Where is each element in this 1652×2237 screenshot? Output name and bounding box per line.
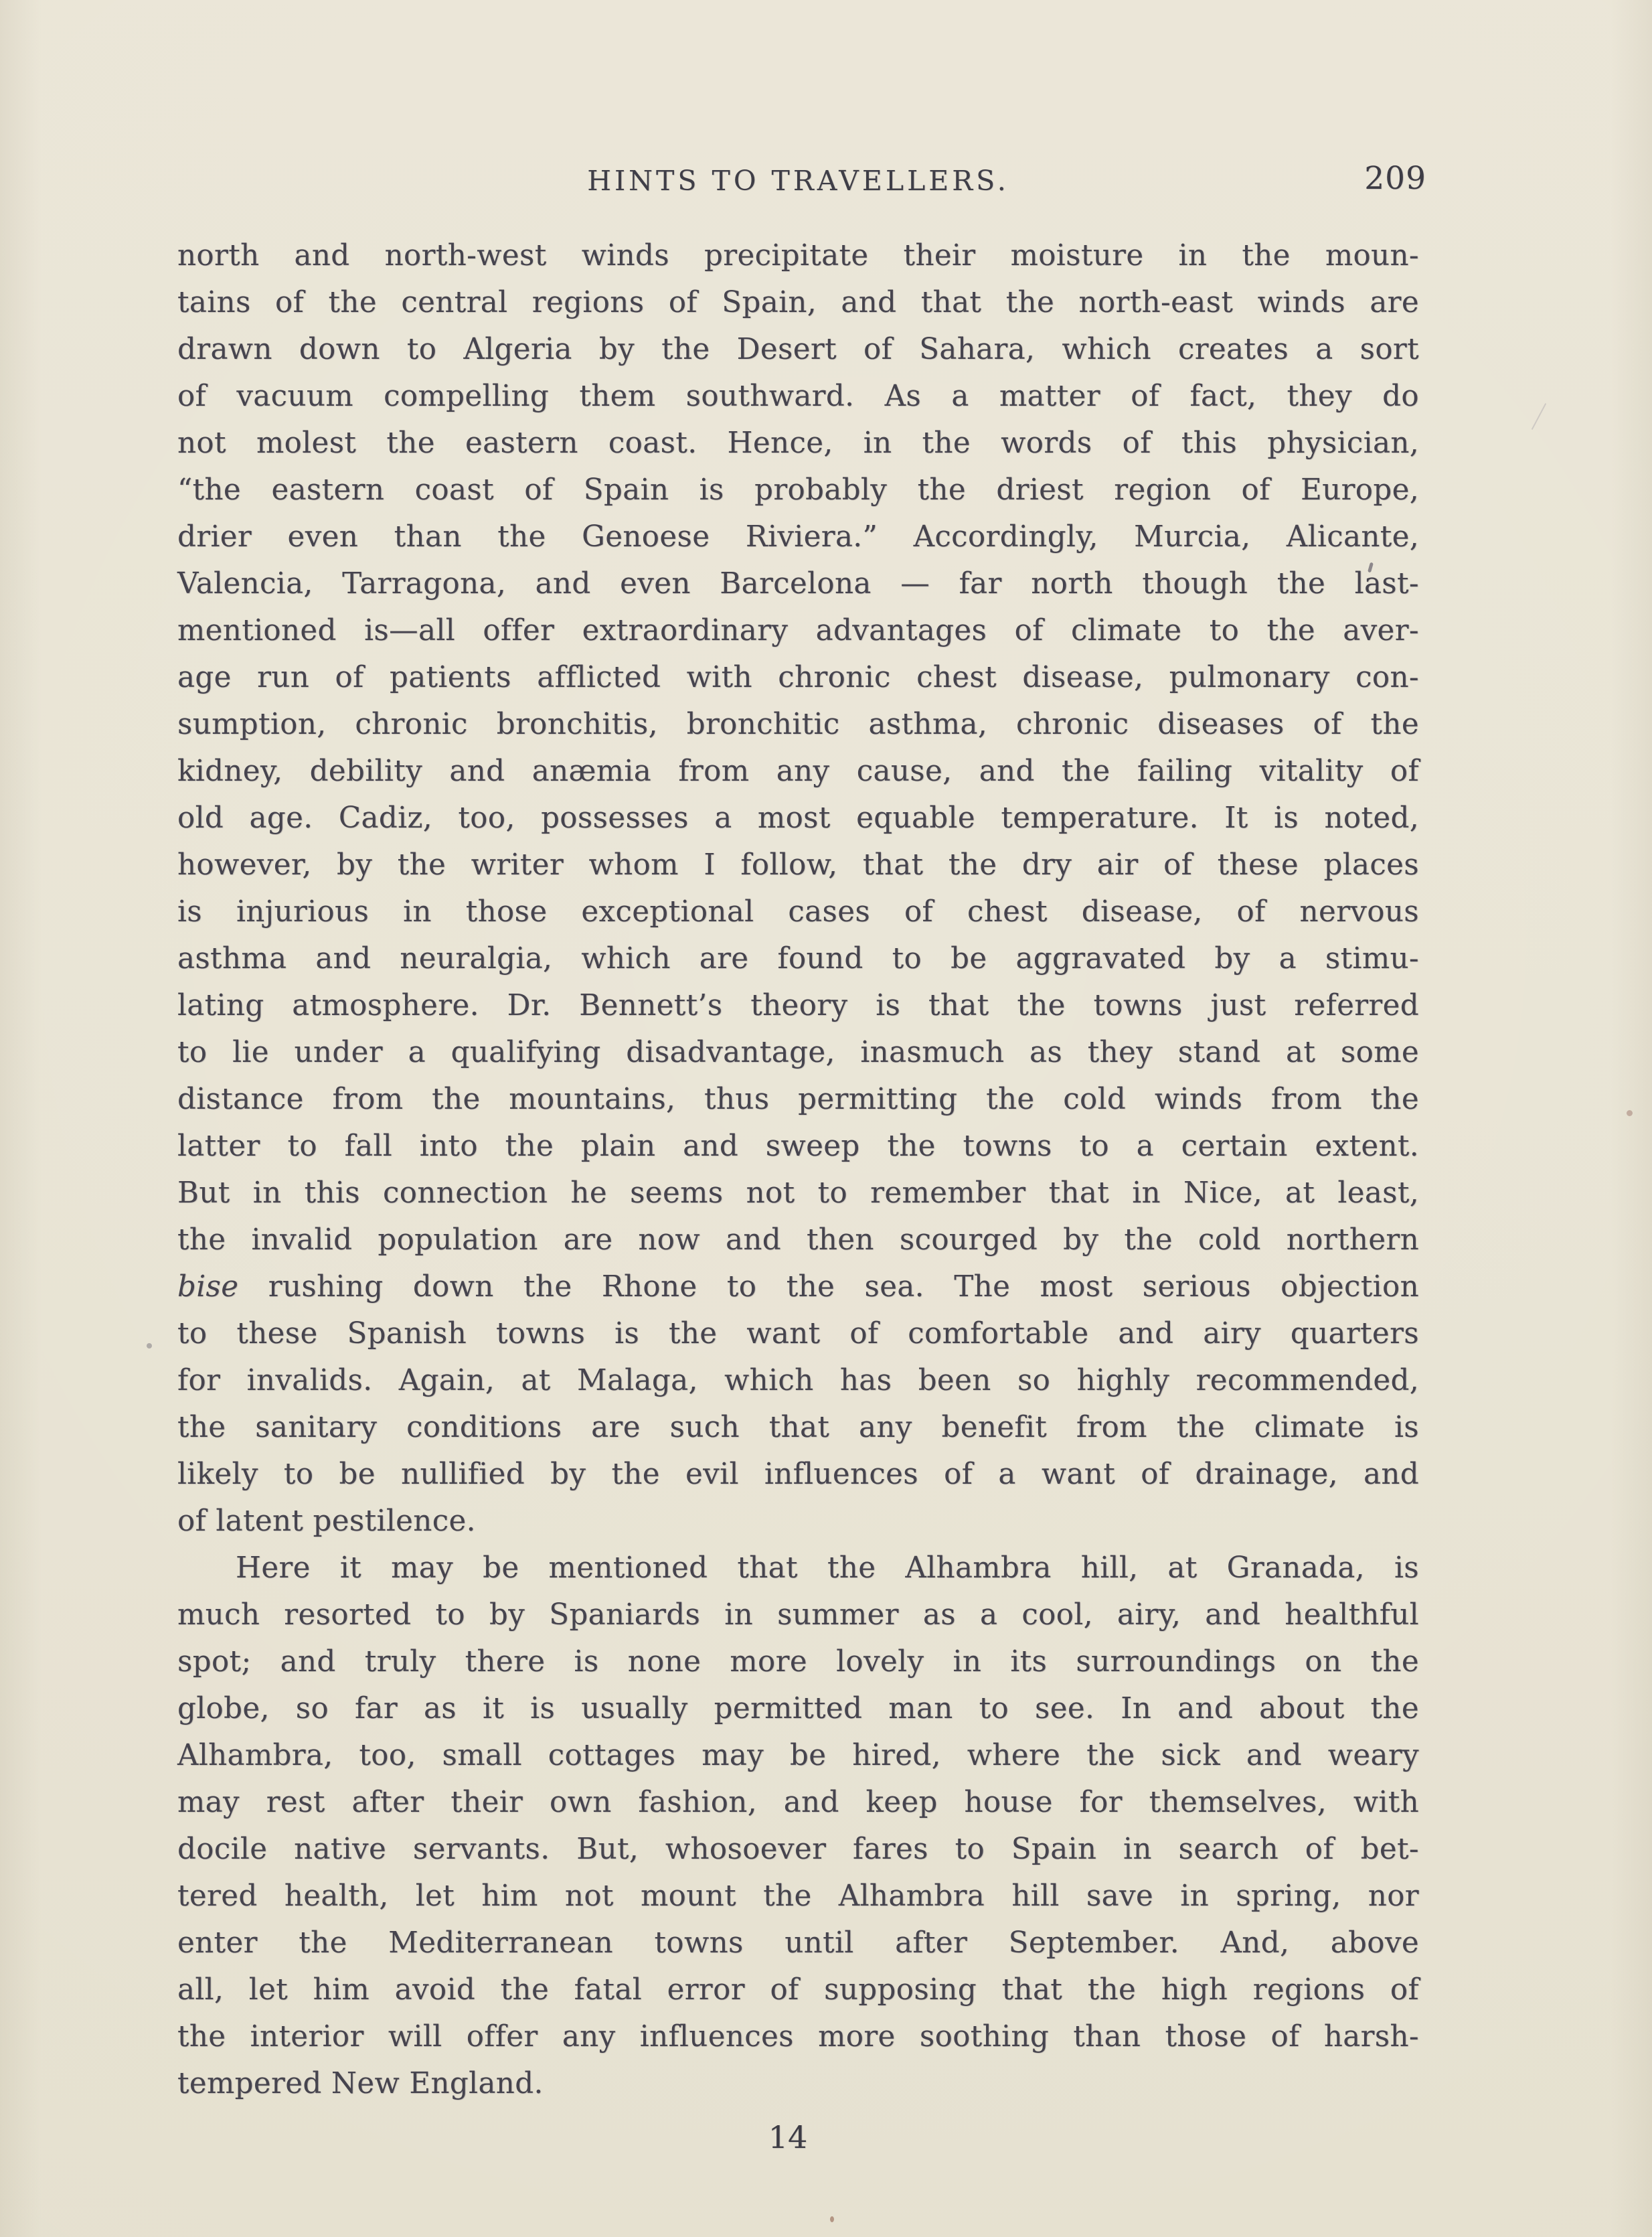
text-line: may rest after their own fashion, and ke… bbox=[177, 1779, 1419, 1826]
text-line: sumption, chronic bronchitis, bronchitic… bbox=[177, 701, 1419, 748]
text-line: Valencia, Tarragona, and even Barcelona … bbox=[177, 560, 1419, 607]
text-line: bise rushing down the Rhone to the sea. … bbox=[177, 1263, 1419, 1310]
text-line: But in this connection he seems not to r… bbox=[177, 1170, 1419, 1217]
text-line: of vacuum compelling them southward. As … bbox=[177, 373, 1419, 420]
body-text: north and north-west winds precipitate t… bbox=[177, 232, 1419, 2107]
text-line: tains of the central regions of Spain, a… bbox=[177, 279, 1419, 326]
text-line: globe, so far as it is usually permitted… bbox=[177, 1685, 1419, 1732]
page-header: HINTS TO TRAVELLERS. 209 bbox=[177, 161, 1419, 201]
text-line: distance from the mountains, thus permit… bbox=[177, 1076, 1419, 1123]
scan-speck bbox=[1532, 403, 1546, 430]
scan-speck bbox=[147, 1343, 152, 1348]
text-line: Here it may be mentioned that the Alhamb… bbox=[177, 1545, 1419, 1592]
text-line: enter the Mediterranean towns until afte… bbox=[177, 1920, 1419, 1966]
text-line: the interior will offer any influences m… bbox=[177, 2013, 1419, 2060]
text-line: docile native servants. But, whosoever f… bbox=[177, 1826, 1419, 1873]
page-number: 209 bbox=[1364, 159, 1426, 199]
running-head-title: HINTS TO TRAVELLERS. bbox=[177, 161, 1419, 201]
text-line: the sanitary conditions are such that an… bbox=[177, 1404, 1419, 1451]
text-line: much resorted to by Spaniards in summer … bbox=[177, 1592, 1419, 1638]
text-line: tempered New England. bbox=[177, 2060, 1419, 2107]
text-line: of latent pestilence. bbox=[177, 1498, 1419, 1545]
text-line: to lie under a qualifying disadvantage, … bbox=[177, 1029, 1419, 1076]
text-line: north and north-west winds precipitate t… bbox=[177, 232, 1419, 279]
text-line: “the eastern coast of Spain is probably … bbox=[177, 467, 1419, 514]
text-line: asthma and neuralgia, which are found to… bbox=[177, 935, 1419, 982]
text-line: kidney, debility and anæmia from any cau… bbox=[177, 748, 1419, 795]
text-line: however, by the writer whom I follow, th… bbox=[177, 842, 1419, 889]
text-line: to these Spanish towns is the want of co… bbox=[177, 1310, 1419, 1357]
text-line: for invalids. Again, at Malaga, which ha… bbox=[177, 1357, 1419, 1404]
text-line: spot; and truly there is none more lovel… bbox=[177, 1638, 1419, 1685]
text-line: all, let him avoid the fatal error of su… bbox=[177, 1966, 1419, 2013]
text-line: not molest the eastern coast. Hence, in … bbox=[177, 420, 1419, 467]
text-line: drawn down to Algeria by the Desert of S… bbox=[177, 326, 1419, 373]
text-line: mentioned is—all offer extraordinary adv… bbox=[177, 607, 1419, 654]
text-line: is injurious in those exceptional cases … bbox=[177, 889, 1419, 935]
text-line: lating atmosphere. Dr. Bennett’s theory … bbox=[177, 982, 1419, 1029]
text-line: Alhambra, too, small cottages may be hir… bbox=[177, 1732, 1419, 1779]
text-line: old age. Cadiz, too, possesses a most eq… bbox=[177, 795, 1419, 842]
text-line: the invalid population are now and then … bbox=[177, 1217, 1419, 1263]
signature-mark: 14 bbox=[748, 2117, 828, 2157]
text-line: tered health, let him not mount the Alha… bbox=[177, 1873, 1419, 1920]
text-line: likely to be nullified by the evil influ… bbox=[177, 1451, 1419, 1498]
scan-speck bbox=[830, 2216, 834, 2222]
scan-speck bbox=[1627, 1110, 1633, 1116]
text-line: age run of patients afflicted with chron… bbox=[177, 654, 1419, 701]
text-line: drier even than the Genoese Riviera.” Ac… bbox=[177, 514, 1419, 560]
text-line: latter to fall into the plain and sweep … bbox=[177, 1123, 1419, 1170]
book-page: HINTS TO TRAVELLERS. 209 north and north… bbox=[0, 0, 1652, 2237]
